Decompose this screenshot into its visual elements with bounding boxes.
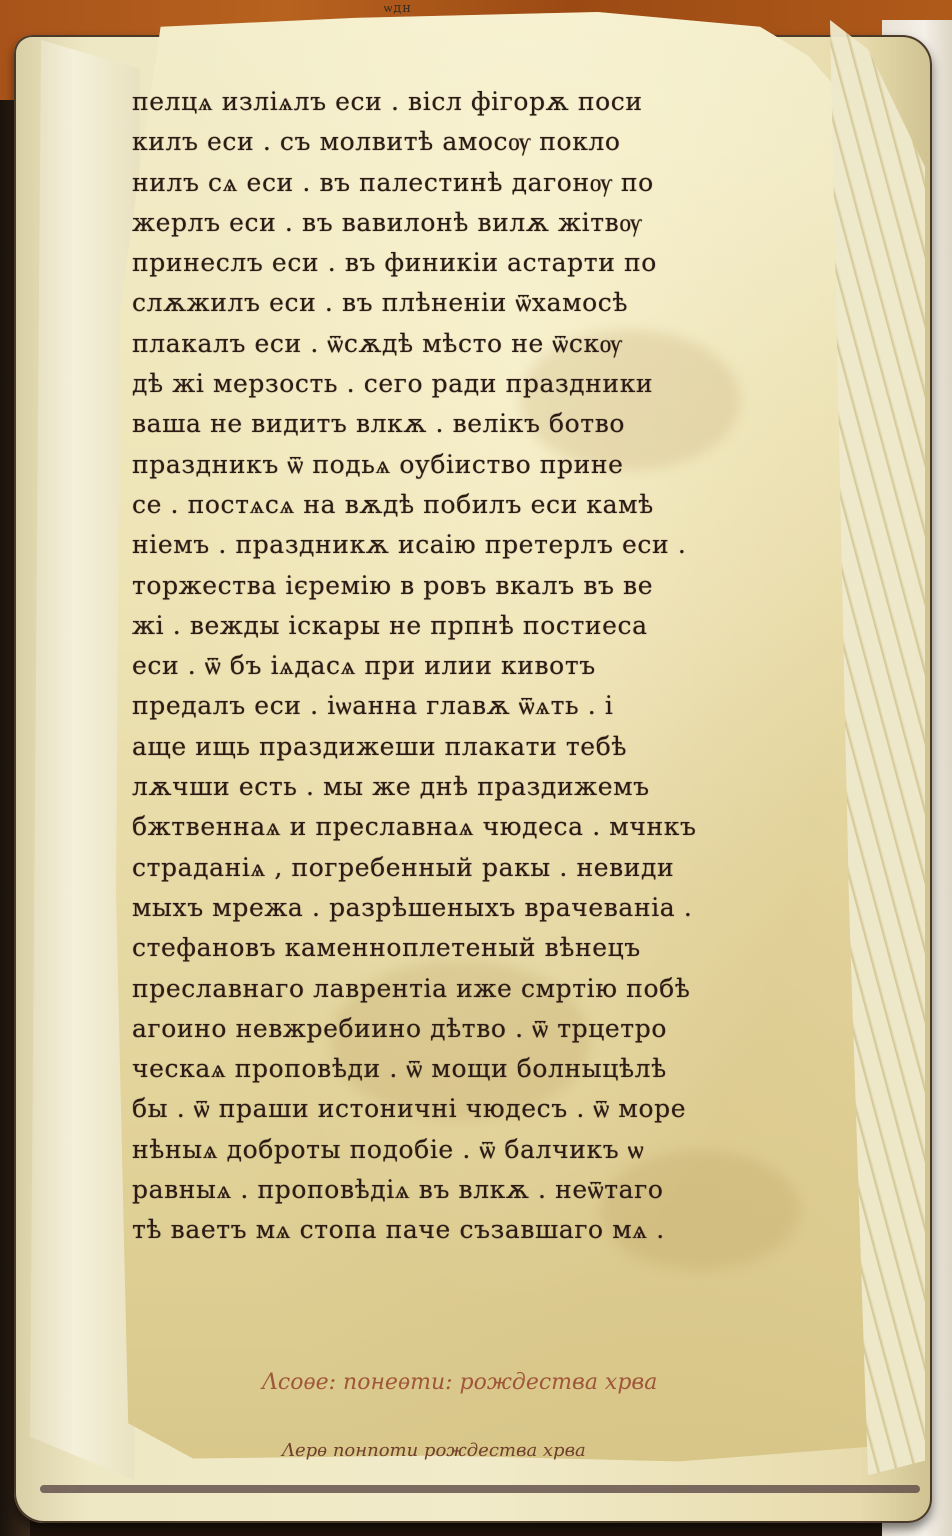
text-line: слѫжилъ еси . въ плѣненіи ѿхамосѣ xyxy=(132,283,832,323)
text-line: нилъ сѧ еси . въ палестинѣ дагонѹ по xyxy=(132,163,832,203)
text-line: бы . ѿ праши истоничні чюдесъ . ѿ море xyxy=(132,1089,832,1129)
text-line: агоино невжребиино дѣтво . ѿ трцетро xyxy=(132,1009,832,1049)
text-line: еси . ѿ бъ іѧдасѧ при илии кивотъ xyxy=(132,646,832,686)
manuscript-text-block: пелцѧ изліѧлъ еси . вісл фігорѫ поси кил… xyxy=(132,82,832,1251)
text-line: преславнаго лаврентіа иже смртію побѣ xyxy=(132,969,832,1009)
text-line: нѣныѧ доброты подобіе . ѿ балчикъ ѡ xyxy=(132,1130,832,1170)
text-line: килъ еси . съ молвитѣ амосѹ покло xyxy=(132,122,832,162)
text-line: бжтвеннаѧ и преславнаѧ чюдеса . мчнкъ xyxy=(132,807,832,847)
text-line: ческаѧ проповѣди . ѿ мощи болныцѣлѣ xyxy=(132,1049,832,1089)
text-line: пелцѧ изліѧлъ еси . вісл фігорѫ поси xyxy=(132,82,832,122)
text-line: тѣ ваетъ мѧ стопа паче съзавшаго мѧ . xyxy=(132,1210,832,1250)
text-line: лѫчши есть . мы же днѣ праздижемъ xyxy=(132,767,832,807)
text-line: дѣ жі мерзость . сего ради праздники xyxy=(132,364,832,404)
text-line: се . постѧсѧ на вѫдѣ побилъ еси камѣ xyxy=(132,485,832,525)
text-line: жі . вежды іскары не прпнѣ постиеса xyxy=(132,606,832,646)
text-line: мыхъ мрежа . разрѣшеныхъ врачеваніа . xyxy=(132,888,832,928)
text-line: принеслъ еси . въ финикіи астарти по xyxy=(132,243,832,283)
text-line: плакалъ еси . ѿсѫдѣ мѣсто не ѿскѹ xyxy=(132,324,832,364)
folio-number: ѡдн xyxy=(384,0,412,16)
text-line: предалъ еси . іѡанна главѫ ѿѧть . і xyxy=(132,686,832,726)
text-line: праздникъ ѿ подьѧ оубіиство прине xyxy=(132,445,832,485)
text-line: ваша не видитъ влкѫ . велікъ ботво xyxy=(132,404,832,444)
text-line: жерлъ еси . въ вавилонѣ вилѫ жітвѹ xyxy=(132,203,832,243)
text-line: стефановъ каменноплетеный вѣнецъ xyxy=(132,928,832,968)
marginal-note-brown: Ʌерѳ понпоти рождества хрва xyxy=(282,1440,586,1461)
text-line: страданіѧ , погребенный ракы . невиди xyxy=(132,848,832,888)
text-line: торжества ієремію в ровъ вкалъ въ ве xyxy=(132,566,832,606)
marginal-note-red: Ʌсоѳе: понеѳти: рождества хрва xyxy=(262,1370,657,1395)
page-bottom-edge xyxy=(40,1485,920,1493)
photo-scene: ѡдн пелцѧ изліѧлъ еси . вісл фігорѫ поси… xyxy=(0,0,952,1536)
text-line: равныѧ . проповѣдіѧ въ влкѫ . неѿтаго xyxy=(132,1170,832,1210)
text-line: ніемъ . праздникѫ исаію претерлъ еси . xyxy=(132,525,832,565)
text-line: аще ищь праздижеши плакати тебѣ xyxy=(132,727,832,767)
